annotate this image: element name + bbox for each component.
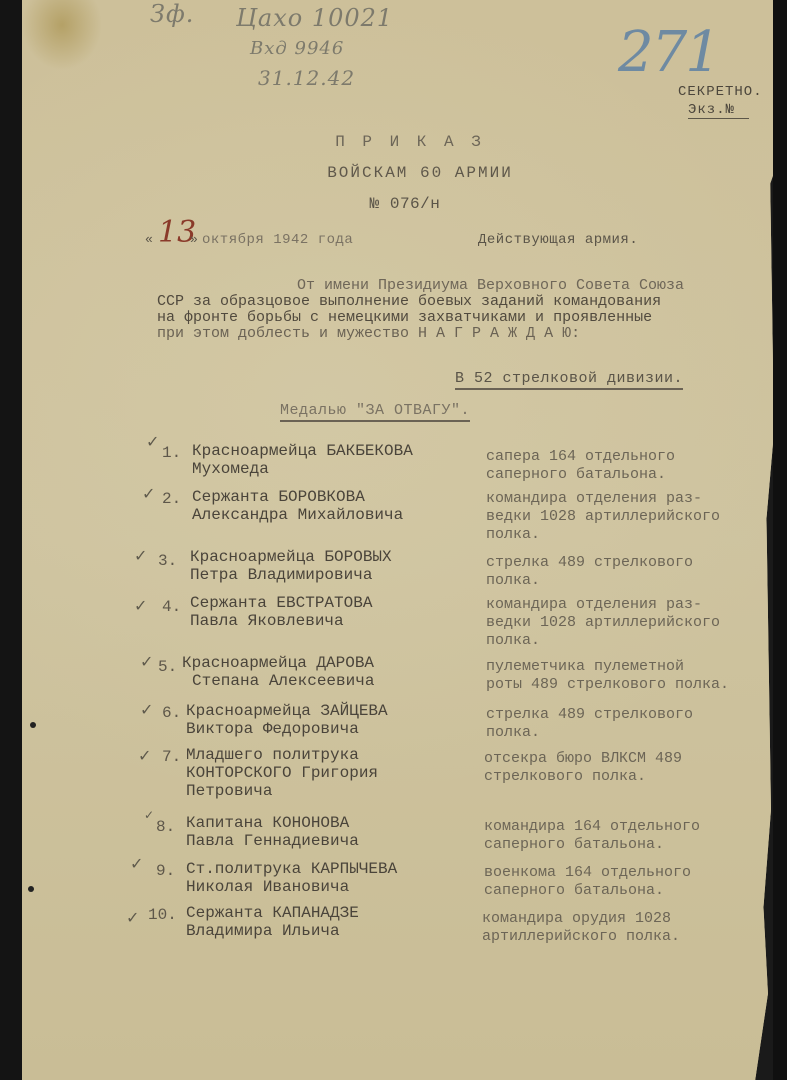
- entry-name-line1: Сержанта БОРОВКОВА: [192, 488, 365, 507]
- preamble-text: От имени Президиума Верховного Совета Со…: [157, 278, 747, 342]
- document-title: П Р И К А З: [330, 133, 490, 151]
- archive-note-line3: 31.12.42: [258, 66, 355, 90]
- check-mark-icon: ✓: [140, 652, 153, 671]
- check-mark-icon: ✓: [134, 546, 147, 565]
- punch-mark: [28, 886, 34, 892]
- entry-name-line1: Сержанта ЕВСТРАТОВА: [190, 594, 372, 613]
- check-mark-icon: ✓: [130, 854, 143, 873]
- scan-border-left: [0, 0, 24, 1080]
- entry-description: командира отделения раз- ведки 1028 арти…: [486, 490, 720, 544]
- entry-number: 4.: [162, 598, 181, 616]
- check-mark-icon: ✓: [134, 596, 147, 615]
- document-subtitle: ВОЙСКАМ 60 АРМИИ: [310, 164, 530, 182]
- entry-number: 2.: [162, 490, 181, 508]
- entry-name-line2: Николая Ивановича: [186, 878, 349, 897]
- entry-name-line1: Красноармейца ДАРОВА: [182, 654, 374, 673]
- entry-name-line2: Степана Алексеевича: [192, 672, 374, 691]
- entry-number: 3.: [158, 552, 177, 570]
- preamble-line: ССР за образцовое выполнение боевых зада…: [157, 294, 747, 310]
- check-mark-icon: ✓: [146, 432, 159, 451]
- preamble-line: От имени Президиума Верховного Совета Со…: [157, 278, 747, 294]
- entry-name-line2: Петра Владимировича: [190, 566, 372, 585]
- preamble-line: при этом доблесть и мужество Н А Г Р А Ж…: [157, 326, 747, 342]
- check-mark-icon: ✓: [140, 700, 153, 719]
- date-month-year: октября 1942 года: [202, 232, 353, 248]
- page-number: 271: [618, 20, 719, 85]
- entry-number: 7.: [162, 748, 181, 766]
- entry-name-line1: Красноармейца ЗАЙЦЕВА: [186, 702, 388, 721]
- award-heading: Медалью "ЗА ОТВАГУ".: [280, 402, 470, 422]
- entry-name-line1: Сержанта КАПАНАДЗЕ: [186, 904, 359, 923]
- date-location: Действующая армия.: [478, 232, 638, 248]
- archive-note-line1: Цахо 10021: [236, 4, 393, 32]
- division-heading: В 52 стрелковой дивизии.: [455, 370, 683, 390]
- entry-number: 6.: [162, 704, 181, 722]
- entry-description: пулеметчика пулеметной роты 489 стрелков…: [486, 658, 729, 694]
- entry-name-line1: Ст.политрука КАРПЫЧЕВА: [186, 860, 397, 879]
- entry-name-line2: Владимира Ильича: [186, 922, 340, 941]
- entry-number: 1.: [162, 444, 181, 462]
- classification-label: СЕКРЕТНО.: [678, 84, 763, 100]
- preamble-line: на фронте борьбы с немецкими захватчикам…: [157, 310, 747, 326]
- archive-note-prefix: Зф.: [150, 0, 194, 28]
- entry-name-line3: Петровича: [186, 782, 272, 801]
- copy-number-label: Экз.№: [688, 102, 749, 119]
- check-mark-icon: ✓: [144, 808, 154, 822]
- entry-name-line2: Павла Яковлевича: [190, 612, 344, 631]
- entry-description: военкома 164 отдельного саперного баталь…: [484, 864, 691, 900]
- entry-name-line2: Мухомеда: [192, 460, 269, 479]
- date-open-quote: «: [145, 232, 153, 247]
- entry-name-line2: Павла Геннадиевича: [186, 832, 359, 851]
- entry-name-line1: Капитана КОНОНОВА: [186, 814, 349, 833]
- entry-number: 10.: [148, 906, 177, 924]
- entry-number: 8.: [156, 818, 175, 836]
- entry-number: 5.: [158, 658, 177, 676]
- entry-description: отсекра бюро ВЛКСМ 489 стрелкового полка…: [484, 750, 682, 786]
- scan-border-right: [773, 0, 787, 1080]
- entry-name-line2: Виктора Федоровича: [186, 720, 359, 739]
- entry-description: сапера 164 отдельного саперного батальон…: [486, 448, 675, 484]
- entry-name-line1: Красноармейца БАКБЕКОВА: [192, 442, 413, 461]
- entry-description: стрелка 489 стрелкового полка.: [486, 554, 693, 590]
- entry-description: командира отделения раз- ведки 1028 арти…: [486, 596, 720, 650]
- entry-number: 9.: [156, 862, 175, 880]
- entry-description: командира орудия 1028 артиллерийского по…: [482, 910, 680, 946]
- check-mark-icon: ✓: [142, 484, 155, 503]
- entry-name-line2: Александра Михайловича: [192, 506, 403, 525]
- entry-name-line2: КОНТОРСКОГО Григория: [186, 764, 378, 783]
- entry-description: стрелка 489 стрелкового полка.: [486, 706, 693, 742]
- check-mark-icon: ✓: [126, 908, 139, 927]
- archive-note-line2: Вхд 9946: [250, 38, 344, 59]
- entry-name-line1: Младшего политрука: [186, 746, 359, 765]
- punch-mark: [30, 722, 36, 728]
- order-number: № 076/н: [340, 195, 470, 213]
- entry-description: командира 164 отдельного саперного батал…: [484, 818, 700, 854]
- entry-name-line1: Красноармейца БОРОВЫХ: [190, 548, 392, 567]
- date-close-quote: »: [190, 232, 198, 247]
- check-mark-icon: ✓: [138, 746, 151, 765]
